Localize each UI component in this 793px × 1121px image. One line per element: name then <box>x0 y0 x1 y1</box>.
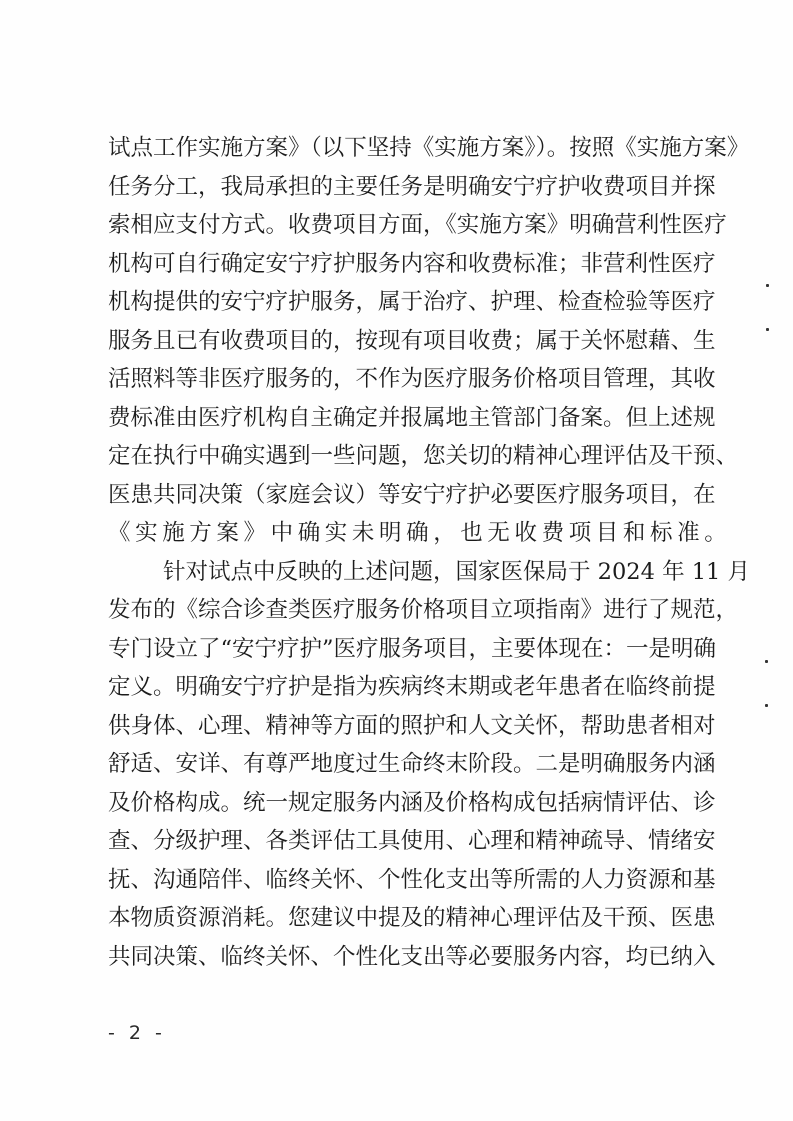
text-line: 试点工作实施方案》（以下坚持《实施方案》）。按照《实施方案》 <box>108 129 692 168</box>
text-line: 任务分工，我局承担的主要任务是明确安宁疗护收费项目并探 <box>108 168 692 207</box>
body-text: 试点工作实施方案》（以下坚持《实施方案》）。按照《实施方案》 任务分工，我局承担… <box>108 129 692 976</box>
text-line: 抚、沟通陪伴、临终关怀、个性化支出等所需的人力资源和基 <box>108 861 692 900</box>
text-line: 及价格构成。统一规定服务内涵及价格构成包括病情评估、诊 <box>108 784 692 823</box>
document-page: 试点工作实施方案》（以下坚持《实施方案》）。按照《实施方案》 任务分工，我局承担… <box>0 0 793 1121</box>
text-line-paragraph-end: 《实施方案》中确实未明确，也无收费项目和标准。 <box>108 514 692 553</box>
binding-hole-mark <box>765 704 768 707</box>
binding-hole-mark <box>765 660 768 663</box>
text-line: 专门设立了“安宁疗护”医疗服务项目，主要体现在：一是明确 <box>108 630 692 669</box>
text-line: 机构提供的安宁疗护服务，属于治疗、护理、检查检验等医疗 <box>108 283 692 322</box>
text-line: 舒适、安详、有尊严地度过生命终末阶段。二是明确服务内涵 <box>108 745 692 784</box>
page-number: - 2 - <box>108 1022 166 1044</box>
binding-hole-mark <box>766 284 769 287</box>
text-line: 索相应支付方式。收费项目方面，《实施方案》明确营利性医疗 <box>108 206 692 245</box>
text-line: 本物质资源消耗。您建议中提及的精神心理评估及干预、医患 <box>108 899 692 938</box>
binding-hole-mark <box>766 328 769 331</box>
text-line: 活照料等非医疗服务的，不作为医疗服务价格项目管理，其收 <box>108 360 692 399</box>
text-line: 服务且已有收费项目的，按现有项目收费；属于关怀慰藉、生 <box>108 322 692 361</box>
text-line: 查、分级护理、各类评估工具使用、心理和精神疏导、情绪安 <box>108 822 692 861</box>
text-line: 共同决策、临终关怀、个性化支出等必要服务内容，均已纳入 <box>108 938 692 977</box>
text-line: 发布的《综合诊查类医疗服务价格项目立项指南》进行了规范， <box>108 591 692 630</box>
text-line: 费标准由医疗机构自主确定并报属地主管部门备案。但上述规 <box>108 399 692 438</box>
text-line: 定义。明确安宁疗护是指为疾病终末期或老年患者在临终前提 <box>108 668 692 707</box>
text-line: 机构可自行确定安宁疗护服务内容和收费标准；非营利性医疗 <box>108 245 692 284</box>
text-line: 医患共同决策（家庭会议）等安宁疗护必要医疗服务项目，在 <box>108 476 692 515</box>
text-line: 供身体、心理、精神等方面的照护和人文关怀，帮助患者相对 <box>108 707 692 746</box>
text-line: 定在执行中确实遇到一些问题，您关切的精神心理评估及干预、 <box>108 437 692 476</box>
text-line-paragraph-start: 针对试点中反映的上述问题，国家医保局于 2024 年 11 月 <box>108 553 692 592</box>
